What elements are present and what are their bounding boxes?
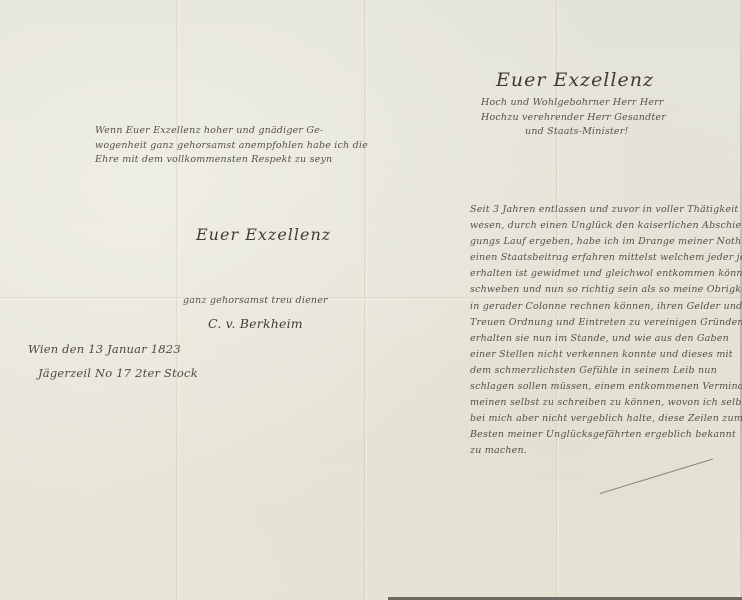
body-line: schlagen sollen müssen, einem entkommene… [470, 379, 742, 395]
left-intro-paragraph: Wenn Euer Exzellenz hoher und gnädiger G… [95, 124, 368, 168]
address-line: Hochzu verehrender Herr Gesandter [481, 111, 666, 126]
body-line: gungs Lauf ergeben, habe ich im Drange m… [470, 234, 742, 250]
letter-body: Seit 3 Jahren entlassen und zuvor in vol… [470, 202, 742, 460]
address-line: und Staats-Minister! [481, 125, 666, 140]
address-block: Hoch und Wohlgebohrner Herr Herr Hochzu … [481, 96, 666, 140]
body-line: Treuen Ordnung und Eintreten zu vereinig… [470, 315, 742, 331]
address-line: Hoch und Wohlgebohrner Herr Herr [481, 96, 666, 111]
body-line: wesen, durch einen Unglück den kaiserlic… [470, 218, 742, 234]
body-line: schweben und nun so richtig sein als so … [470, 282, 742, 298]
body-line: dem schmerzlichsten Gefühle in seinem Le… [470, 363, 742, 379]
intro-line: wogenheit ganz gehorsamst anempfohlen ha… [95, 139, 368, 154]
intro-line: Wenn Euer Exzellenz hoher und gnädiger G… [95, 124, 368, 139]
left-salutation: Euer Exzellenz [196, 225, 331, 245]
body-line: erhalten ist gewidmet und gleichwol entk… [470, 266, 742, 282]
right-heading: Euer Exzellenz [496, 70, 654, 90]
body-line: einen Staatsbeitrag erfahren mittelst we… [470, 250, 742, 266]
signature: C. v. Berkheim [208, 316, 303, 332]
fold-line-vertical-left [176, 0, 179, 600]
body-line: in gerader Colonne rechnen können, ihren… [470, 299, 742, 315]
reference-line: Jägerzeil No 17 2ter Stock [38, 365, 198, 381]
closing-flourish-stroke [600, 459, 713, 494]
body-line: meinen selbst zu schreiben zu können, wo… [470, 395, 742, 411]
body-line: einer Stellen nicht verkennen konnte und… [470, 347, 742, 363]
date-line: Wien den 13 Januar 1823 [28, 341, 181, 357]
fold-line-vertical-center [364, 0, 367, 600]
body-line: erhalten sie nun im Stande, und wie aus … [470, 331, 742, 347]
body-line: Seit 3 Jahren entlassen und zuvor in vol… [470, 202, 742, 218]
body-line: Besten meiner Unglücksgefährten ergeblic… [470, 427, 742, 443]
body-line: bei mich aber nicht vergeblich halte, di… [470, 411, 742, 427]
letter-sheet: Wenn Euer Exzellenz hoher und gnädiger G… [0, 0, 742, 600]
intro-line: Ehre mit dem vollkommensten Respekt zu s… [95, 153, 368, 168]
body-line: zu machen. [470, 443, 742, 459]
closing-line: ganz gehorsamst treu diener [183, 294, 328, 309]
